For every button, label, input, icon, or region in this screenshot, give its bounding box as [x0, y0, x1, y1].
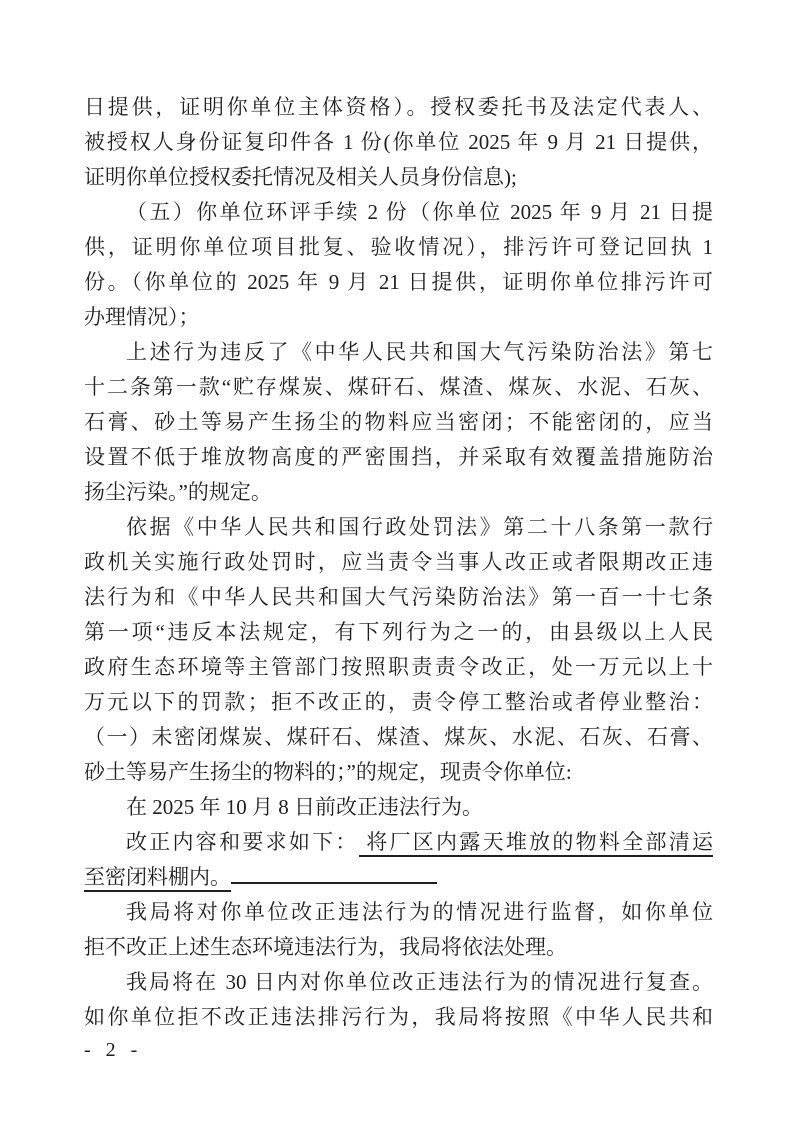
text-line: 改正内容和要求如下： 将厂区内露天堆放的物料全部清运 [84, 825, 713, 860]
text-run: 证明你单位授权委托情况及相关人员身份信息); [84, 165, 517, 189]
text-run: 拒不改正上述生态环境违法行为，我局将依法处理。 [84, 935, 567, 959]
page-number: - 2 - [84, 1036, 142, 1064]
text-run: 扬尘污染。”的规定。 [84, 480, 272, 504]
text-line: 万元以下的罚款；拒不改正的，责令停工整治或者停业整治： [84, 685, 713, 720]
text-line: 我局将在 30 日内对你单位改正违法行为的情况进行复查。 [84, 965, 713, 1000]
text-run: 法行为和《中华人民共和国大气污染防治法》第一百一十七条 [84, 585, 713, 609]
page: { "colors": { "background": "#ffffff", "… [0, 0, 793, 1122]
text-run: 我局将在 30 日内对你单位改正违法行为的情况进行复查。 [126, 970, 713, 994]
text-run: 如你单位拒不改正违法排污行为，我局将按照《中华人民共和 [84, 1005, 713, 1029]
underline-blank [231, 860, 437, 884]
text-line: 政机关实施行政处罚时，应当责令当事人改正或者限期改正违 [84, 545, 713, 580]
text-run: 万元以下的罚款；拒不改正的，责令停工整治或者停业整治： [84, 690, 713, 714]
text-line: 依据《中华人民共和国行政处罚法》第二十八条第一款行 [84, 510, 713, 545]
text-run: 被授权人身份证复印件各 1 份(你单位 2025 年 9 月 21 日提供， [84, 130, 713, 154]
text-line: 十二条第一款“贮存煤炭、煤矸石、煤渣、煤灰、水泥、石灰、 [84, 370, 713, 405]
text-run: 上述行为违反了《中华人民共和国大气污染防治法》第七 [126, 340, 713, 364]
text-line: 拒不改正上述生态环境违法行为，我局将依法处理。 [84, 930, 713, 965]
text-run: 日提供，证明你单位主体资格）。授权委托书及法定代表人、 [84, 95, 713, 119]
text-line: 在 2025 年 10 月 8 日前改正违法行为。 [84, 790, 713, 825]
text-line: （一）未密闭煤炭、煤矸石、煤渣、煤灰、水泥、石灰、石膏、 [84, 720, 713, 755]
text-line: 政府生态环境等主管部门按照职责责令改正，处一万元以上十 [84, 650, 713, 685]
text-line: 至密闭料棚内。 [84, 860, 713, 895]
text-run: 依据《中华人民共和国行政处罚法》第二十八条第一款行 [126, 515, 713, 539]
text-line: 第一项“违反本法规定，有下列行为之一的，由县级以上人民 [84, 615, 713, 650]
text-line: 扬尘污染。”的规定。 [84, 475, 713, 510]
underlined-text: 将厂区内露天堆放的物料全部清运 [359, 830, 713, 857]
text-run: 政机关实施行政处罚时，应当责令当事人改正或者限期改正违 [84, 550, 713, 574]
text-line: 供，证明你单位项目批复、验收情况），排污许可登记回执 1 [84, 230, 713, 265]
text-line: 日提供，证明你单位主体资格）。授权委托书及法定代表人、 [84, 90, 713, 125]
text-line: 设置不低于堆放物高度的严密围挡，并采取有效覆盖措施防治 [84, 440, 713, 475]
text-line: 砂土等易产生扬尘的物料的；”的规定，现责令你单位: [84, 755, 713, 790]
text-line: 上述行为违反了《中华人民共和国大气污染防治法》第七 [84, 335, 713, 370]
text-line: （五）你单位环评手续 2 份（你单位 2025 年 9 月 21 日提 [84, 195, 713, 230]
text-line: 被授权人身份证复印件各 1 份(你单位 2025 年 9 月 21 日提供， [84, 125, 713, 160]
text-line: 法行为和《中华人民共和国大气污染防治法》第一百一十七条 [84, 580, 713, 615]
text-run: （一）未密闭煤炭、煤矸石、煤渣、煤灰、水泥、石灰、石膏、 [84, 725, 713, 749]
document-body: 日提供，证明你单位主体资格）。授权委托书及法定代表人、被授权人身份证复印件各 1… [84, 90, 713, 1035]
text-run: 砂土等易产生扬尘的物料的；”的规定，现责令你单位: [84, 760, 572, 784]
text-run: 份。（你单位的 2025 年 9 月 21 日提供，证明你单位排污许可 [84, 270, 713, 294]
text-line: 我局将对你单位改正违法行为的情况进行监督，如你单位 [84, 895, 713, 930]
text-line: 办理情况）； [84, 300, 713, 335]
text-run: 供，证明你单位项目批复、验收情况），排污许可登记回执 1 [84, 235, 713, 259]
text-line: 份。（你单位的 2025 年 9 月 21 日提供，证明你单位排污许可 [84, 265, 713, 300]
text-run: 十二条第一款“贮存煤炭、煤矸石、煤渣、煤灰、水泥、石灰、 [84, 375, 713, 399]
text-line: 如你单位拒不改正违法排污行为，我局将按照《中华人民共和 [84, 1000, 713, 1035]
text-run: （五）你单位环评手续 2 份（你单位 2025 年 9 月 21 日提 [126, 200, 713, 224]
text-line: 石膏、砂土等易产生扬尘的物料应当密闭；不能密闭的，应当 [84, 405, 713, 440]
underlined-text: 至密闭料棚内。 [84, 865, 231, 892]
text-line: 证明你单位授权委托情况及相关人员身份信息); [84, 160, 713, 195]
text-run: 第一项“违反本法规定，有下列行为之一的，由县级以上人民 [84, 620, 713, 644]
text-run: 办理情况）； [84, 305, 200, 329]
text-run: 改正内容和要求如下： [126, 830, 359, 854]
text-run: 设置不低于堆放物高度的严密围挡，并采取有效覆盖措施防治 [84, 445, 713, 469]
text-run: 我局将对你单位改正违法行为的情况进行监督，如你单位 [126, 900, 713, 924]
text-run: 石膏、砂土等易产生扬尘的物料应当密闭；不能密闭的，应当 [84, 410, 713, 434]
text-run: 政府生态环境等主管部门按照职责责令改正，处一万元以上十 [84, 655, 713, 679]
text-run: 在 2025 年 10 月 8 日前改正违法行为。 [126, 795, 483, 819]
